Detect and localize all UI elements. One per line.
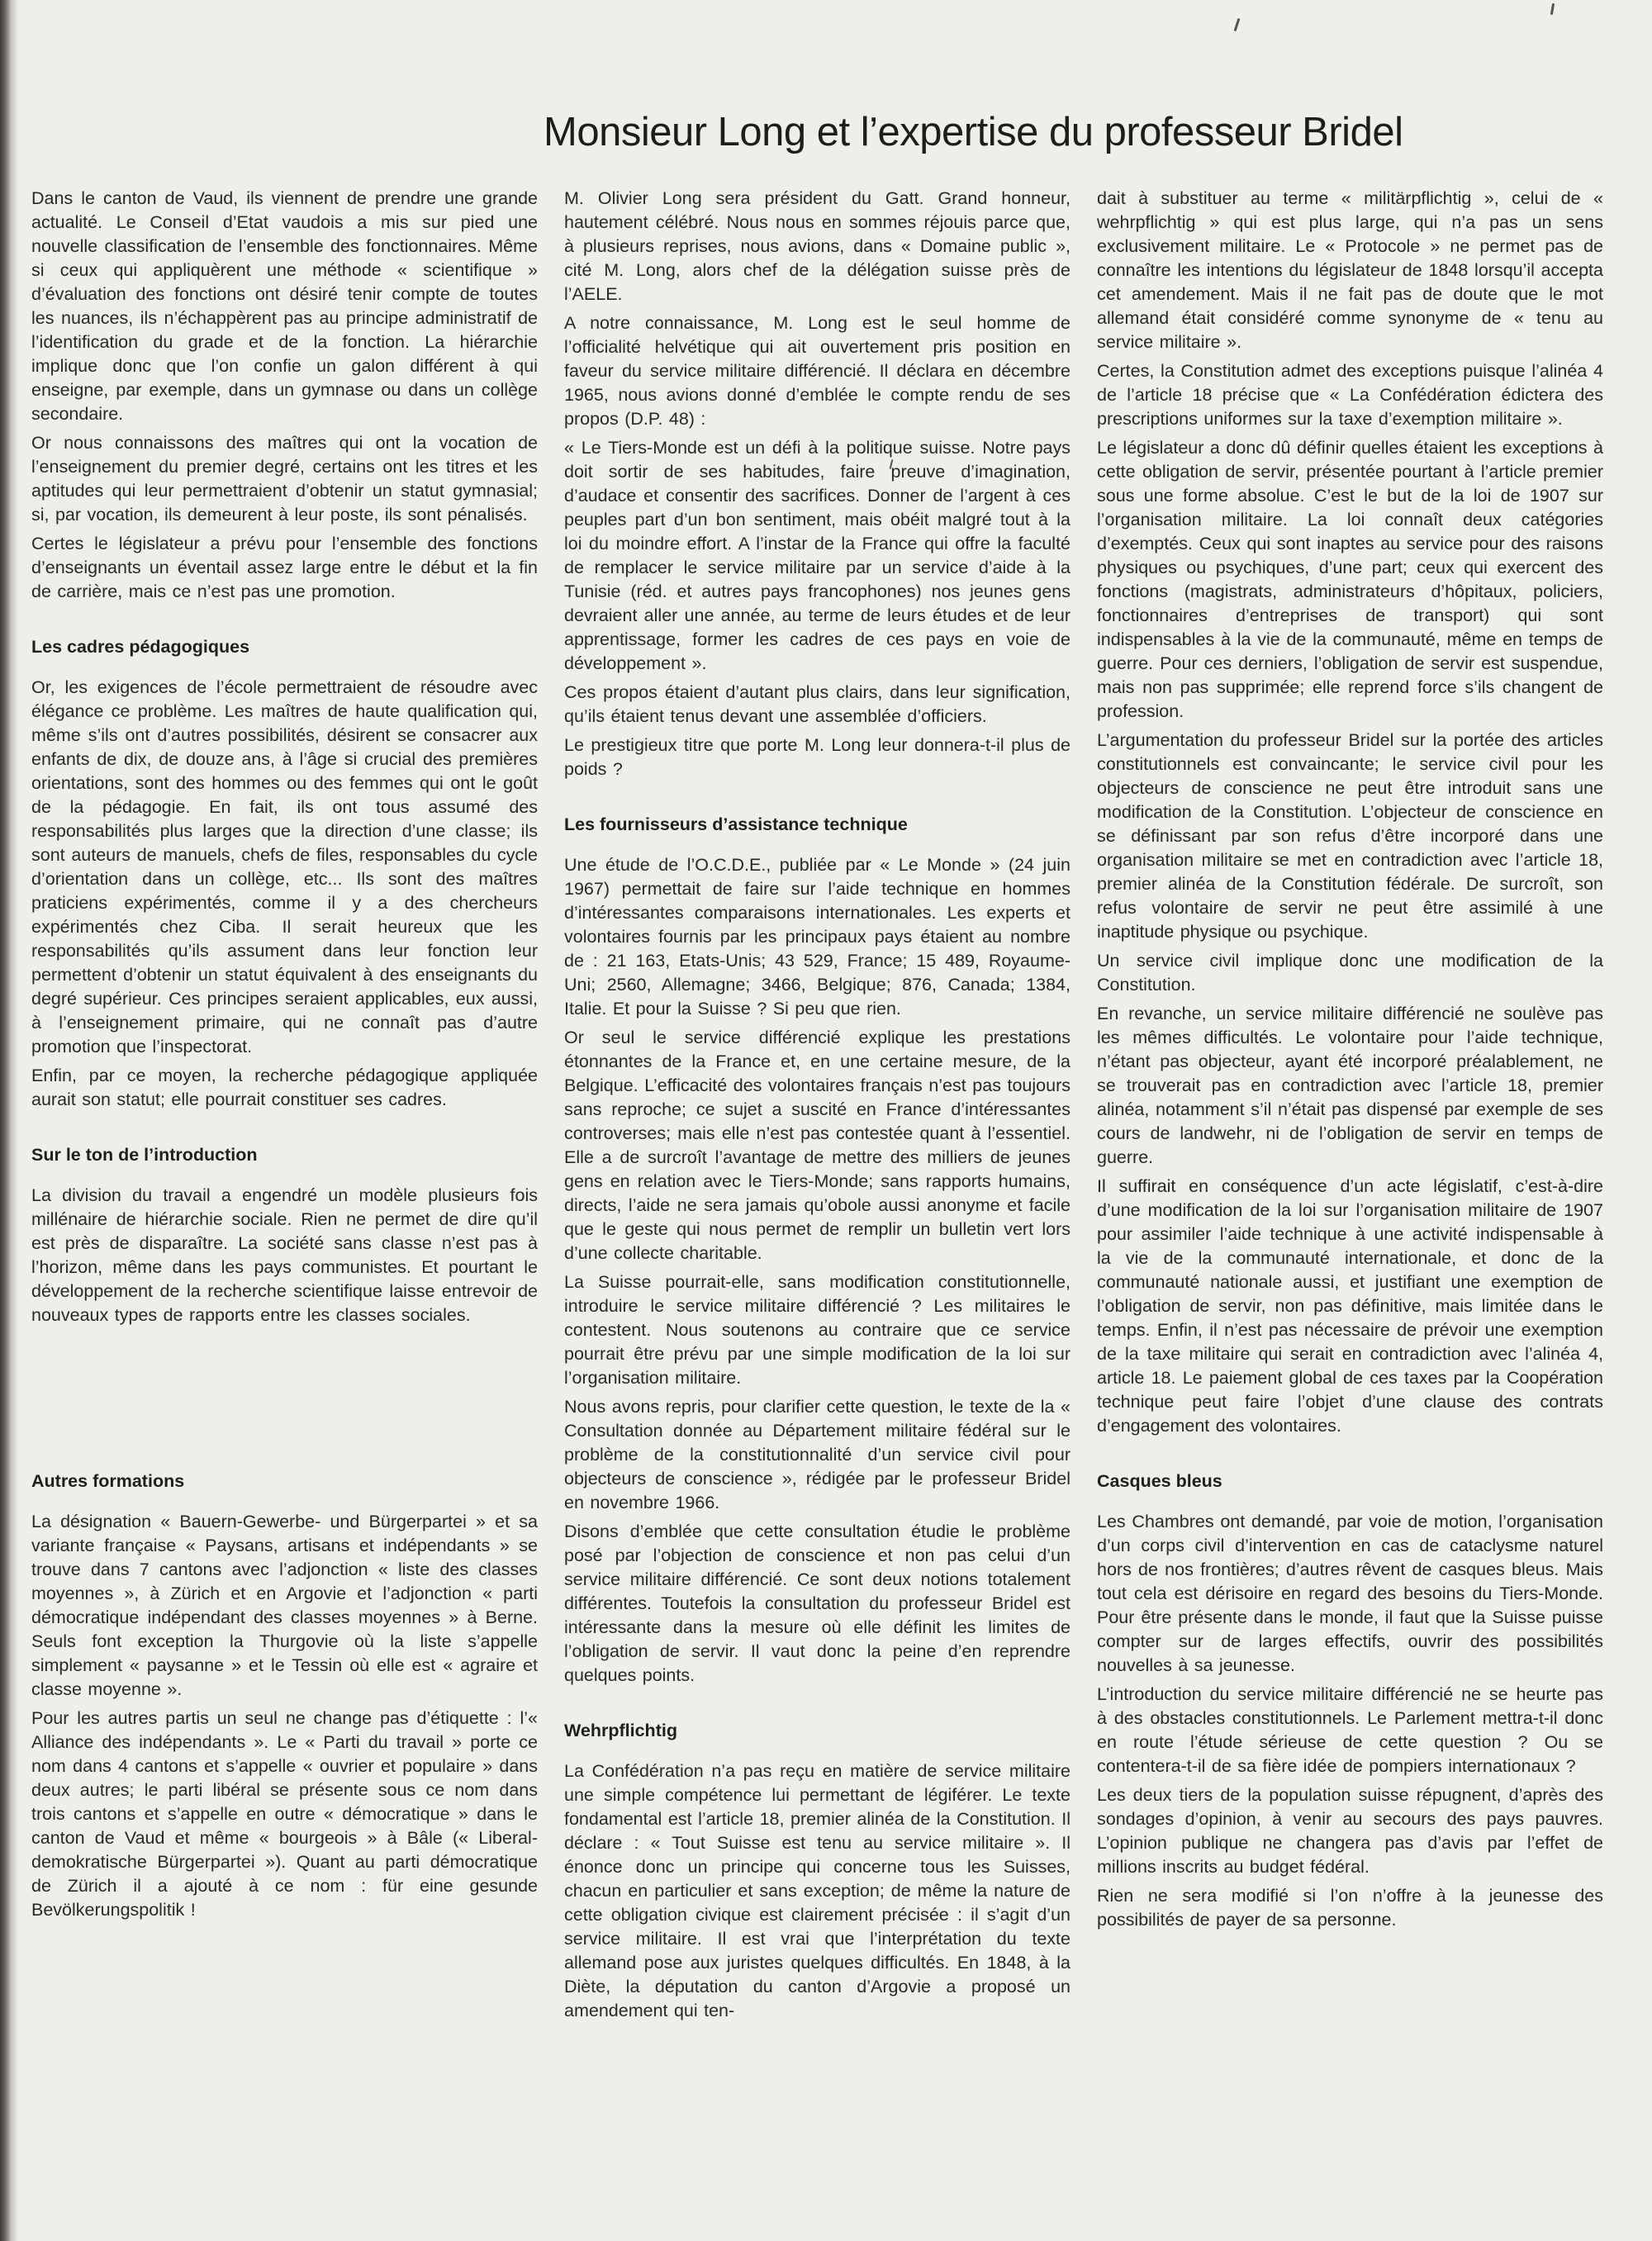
paragraph: La Suisse pourrait-elle, sans modificati… [564, 1270, 1070, 1390]
paragraph: Disons d’emblée que cette consultation é… [564, 1520, 1070, 1688]
paragraph: La désignation « Bauern-Gewerbe- und Bür… [31, 1510, 538, 1702]
section-heading: Les fournisseurs d’assistance technique [564, 813, 1070, 837]
paragraph: L’argumentation du professeur Bridel sur… [1097, 729, 1603, 944]
paragraph: Un service civil implique donc une modif… [1097, 949, 1603, 997]
column-2: M. Olivier Long sera président du Gatt. … [564, 187, 1070, 2028]
paragraph: A notre connaissance, M. Long est le seu… [564, 311, 1070, 431]
paragraph: Une étude de l’O.C.D.E., publiée par « L… [564, 853, 1070, 1021]
column-1: Dans le canton de Vaud, ils viennent de … [31, 187, 538, 2028]
paragraph: Les deux tiers de la population suisse r… [1097, 1783, 1603, 1879]
section-heading: Autres formations [31, 1469, 538, 1493]
paragraph: dait à substituer au terme « militärpfli… [1097, 187, 1603, 354]
paragraph: En revanche, un service militaire différ… [1097, 1002, 1603, 1170]
paragraph: Pour les autres partis un seul ne change… [31, 1707, 538, 1922]
paragraph: Certes, la Constitution admet des except… [1097, 359, 1603, 431]
paragraph: Le législateur a donc dû définir quelles… [1097, 436, 1603, 724]
paragraph: Dans le canton de Vaud, ils viennent de … [31, 187, 538, 426]
paragraph: M. Olivier Long sera président du Gatt. … [564, 187, 1070, 306]
paragraph: Il suffirait en conséquence d’un acte lé… [1097, 1175, 1603, 1438]
column-spacer [31, 1332, 538, 1438]
paragraph: Rien ne sera modifié si l’on n’offre à l… [1097, 1884, 1603, 1932]
paragraph: Le prestigieux titre que porte M. Long l… [564, 734, 1070, 781]
paragraph: La division du travail a engendré un mod… [31, 1184, 538, 1327]
paragraph: « Le Tiers-Monde est un défi à la politi… [564, 436, 1070, 676]
article-columns: Dans le canton de Vaud, ils viennent de … [31, 187, 1603, 2028]
scan-edge [0, 0, 18, 2241]
section-heading: Wehrpflichtig [564, 1719, 1070, 1743]
section-heading: Casques bleus [1097, 1469, 1603, 1493]
paragraph: Enfin, par ce moyen, la recherche pédago… [31, 1064, 538, 1112]
article-title: Monsieur Long et l’expertise du professe… [544, 109, 1403, 155]
section-heading: Les cadres pédagogiques [31, 635, 538, 659]
column-3: dait à substituer au terme « militärpfli… [1097, 187, 1603, 2028]
paragraph: La Confédération n’a pas reçu en matière… [564, 1759, 1070, 2023]
paragraph: Nous avons repris, pour clarifier cette … [564, 1395, 1070, 1515]
scan-artifact [1234, 18, 1241, 31]
paragraph: Les Chambres ont demandé, par voie de mo… [1097, 1510, 1603, 1678]
paragraph: Ces propos étaient d’autant plus clairs,… [564, 681, 1070, 729]
paragraph: Or, les exigences de l’école permettraie… [31, 676, 538, 1059]
scan-artifact [1550, 3, 1555, 15]
paragraph: Or seul le service différencié explique … [564, 1026, 1070, 1265]
section-heading: Sur le ton de l’introduction [31, 1143, 538, 1167]
paragraph: Certes le législateur a prévu pour l’ens… [31, 532, 538, 604]
paragraph: L’introduction du service militaire diff… [1097, 1683, 1603, 1778]
paragraph: Or nous connaissons des maîtres qui ont … [31, 431, 538, 527]
